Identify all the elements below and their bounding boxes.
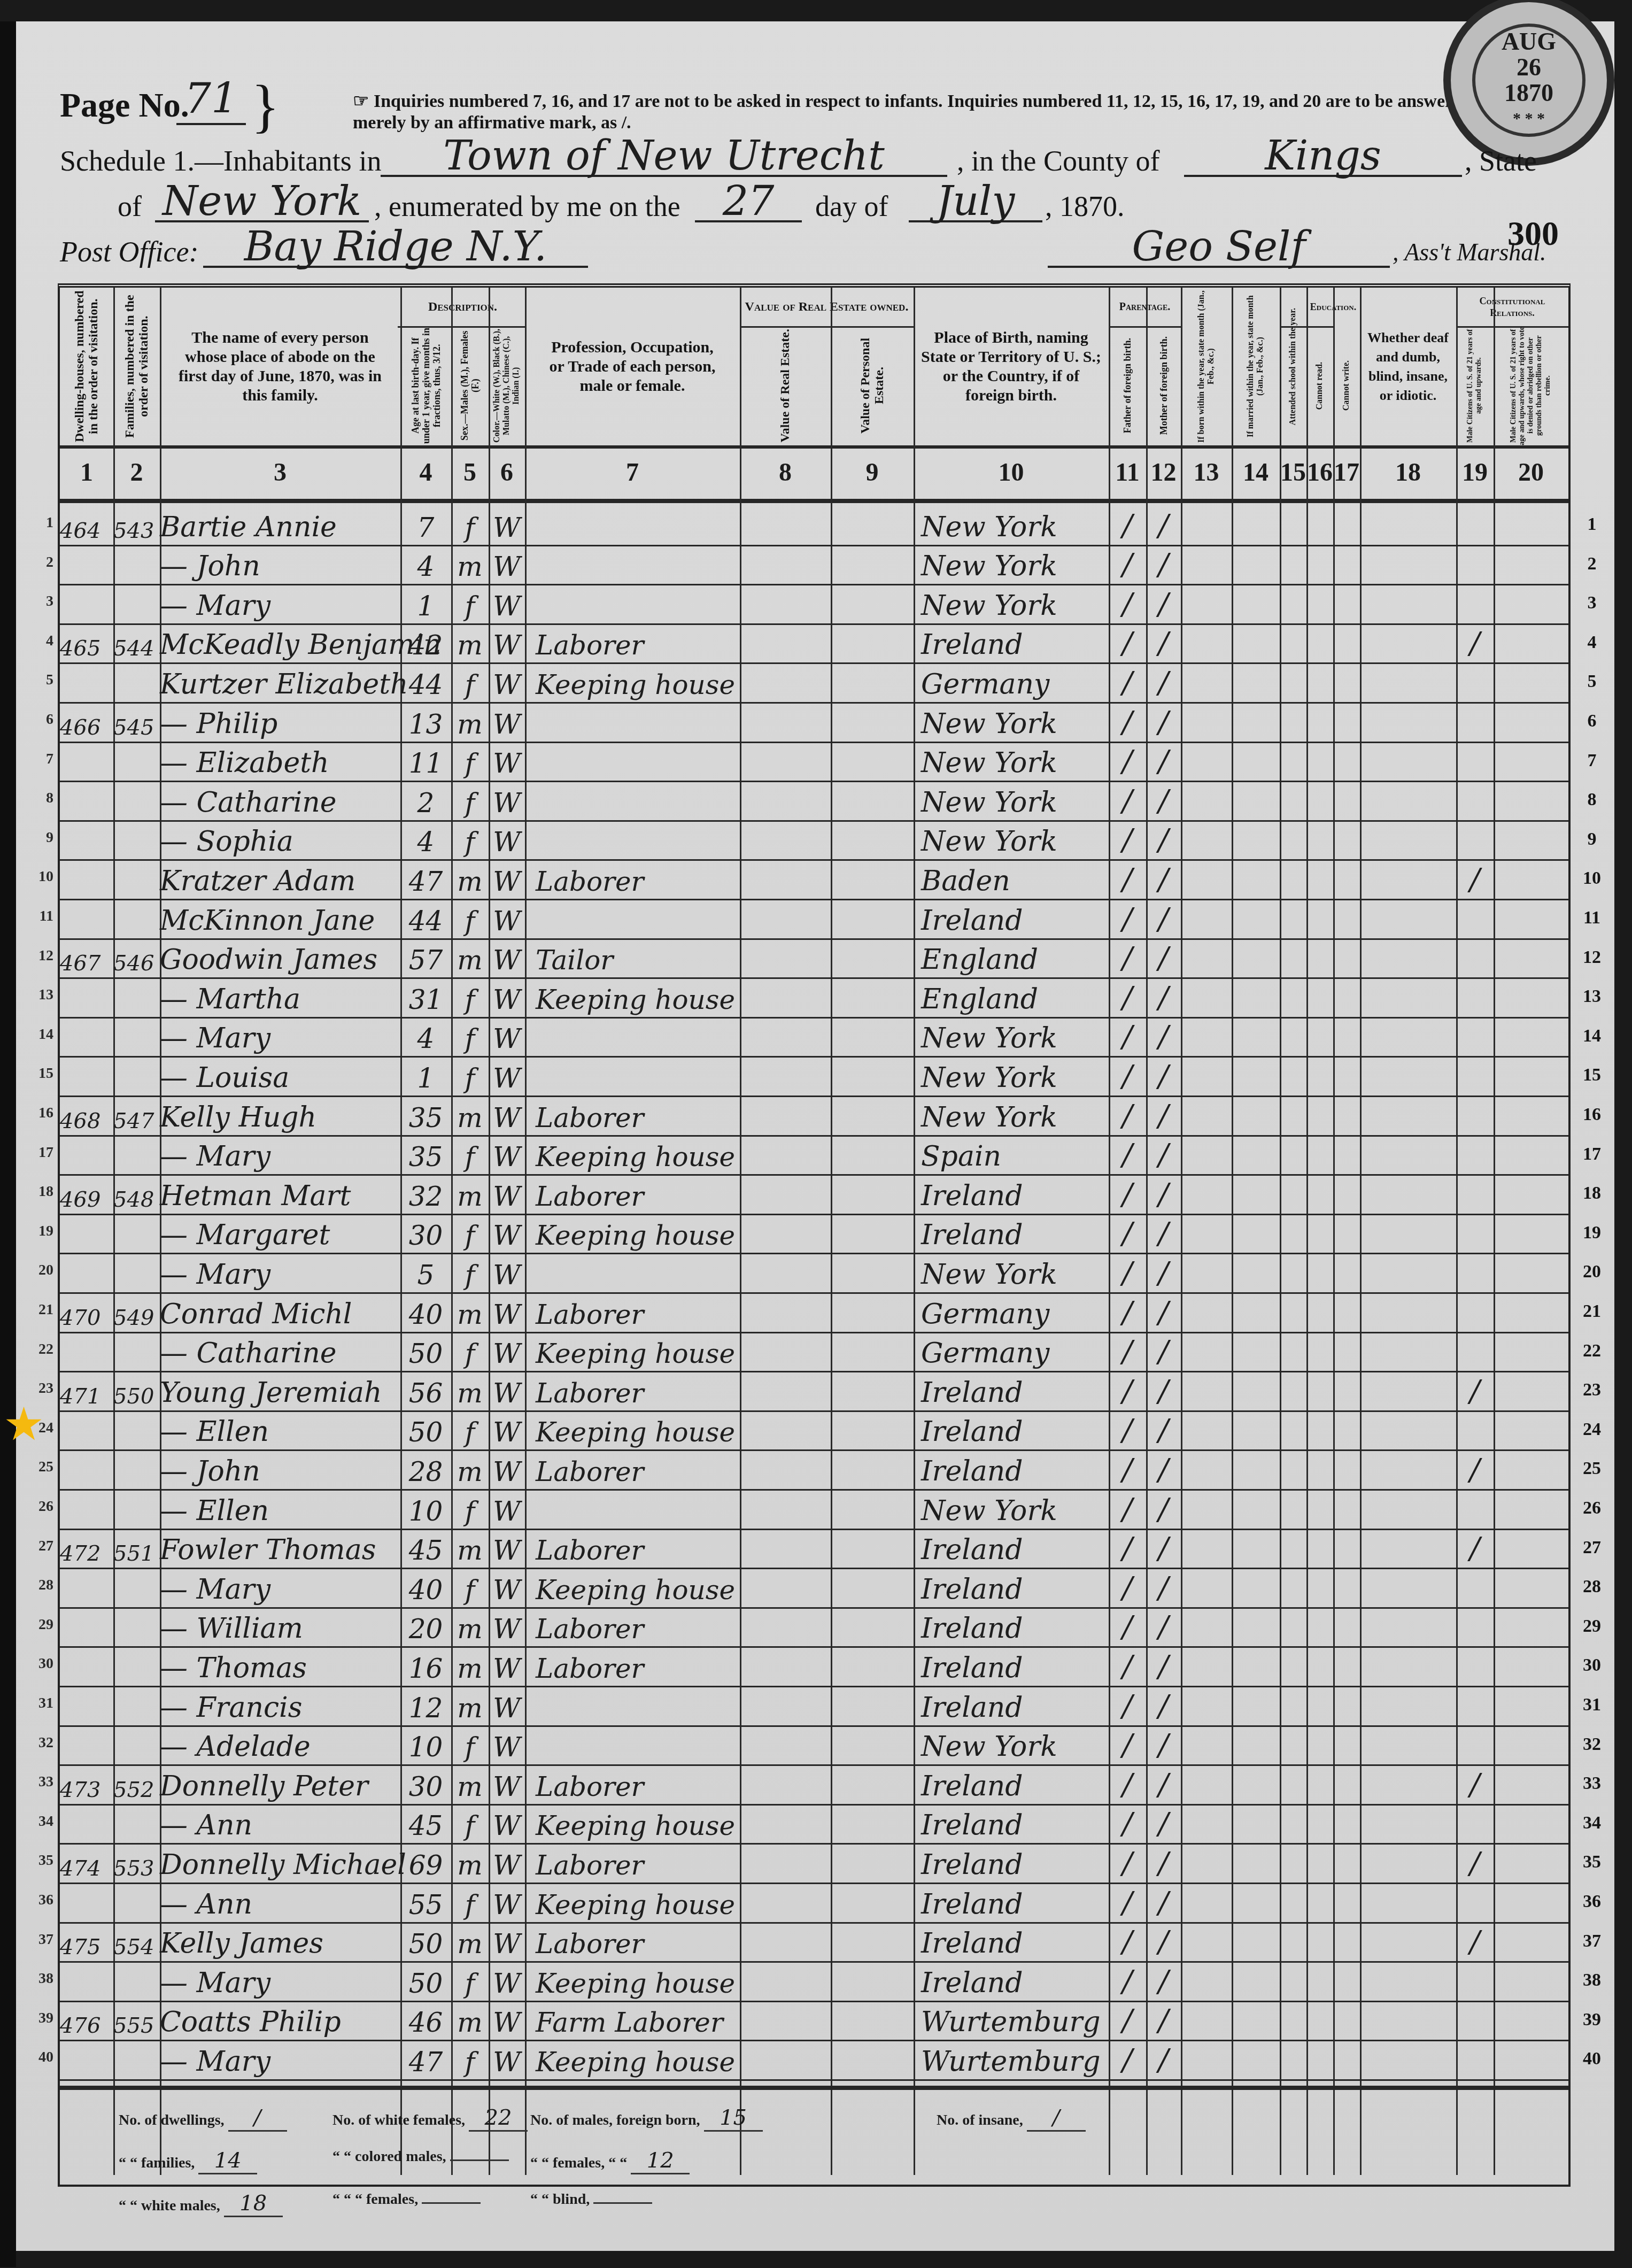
cell-name: Donnelly Michael bbox=[160, 1845, 400, 1884]
cell-sex: f bbox=[451, 664, 489, 704]
cell-citizen bbox=[1456, 1569, 1494, 1609]
cell-birthplace: New York bbox=[914, 1727, 1109, 1766]
cell-sex: m bbox=[451, 1530, 489, 1570]
cell-family bbox=[113, 1569, 160, 1609]
line-number-right: 17 bbox=[1571, 1144, 1613, 1164]
cell-birthplace: Germany bbox=[914, 664, 1109, 704]
cell-mother-foreign: / bbox=[1146, 979, 1181, 1019]
cell-color: W bbox=[489, 664, 525, 704]
cell-citizen: / bbox=[1456, 1845, 1494, 1884]
cell-citizen bbox=[1456, 743, 1494, 783]
cell-age: 28 bbox=[400, 1451, 451, 1491]
cell-birthplace: Spain bbox=[914, 1137, 1109, 1176]
cell-name: — Margaret bbox=[160, 1215, 400, 1255]
table-row: — Catharine50fWKeeping houseGermany// bbox=[60, 1333, 1568, 1373]
line-number-left: 37 bbox=[21, 1931, 53, 1948]
cell-citizen bbox=[1456, 507, 1494, 546]
header-col4: Age at last birth-day. If under 1 year, … bbox=[400, 326, 451, 445]
column-number: 8 bbox=[740, 448, 831, 496]
cell-age: 4 bbox=[400, 1019, 451, 1058]
cell-color: W bbox=[489, 979, 525, 1019]
cell-birthplace: Ireland bbox=[914, 625, 1109, 665]
table-row: — Ellen10fWNew York// bbox=[60, 1491, 1568, 1530]
line-number-right: 40 bbox=[1571, 2049, 1613, 2069]
cell-color: W bbox=[489, 1451, 525, 1491]
table-row: — Mary5fWNew York// bbox=[60, 1254, 1568, 1294]
cell-family bbox=[113, 743, 160, 783]
cell-citizen bbox=[1456, 1294, 1494, 1333]
table-row: 464543Bartie Annie7fWNew York// bbox=[60, 507, 1568, 546]
cell-occupation: Laborer bbox=[525, 1648, 740, 1687]
cell-occupation: Keeping house bbox=[525, 979, 740, 1019]
cell-birthplace: New York bbox=[914, 1254, 1109, 1294]
cell-citizen bbox=[1456, 822, 1494, 861]
cell-name: Fowler Thomas bbox=[160, 1530, 400, 1570]
line-number-right: 30 bbox=[1571, 1655, 1613, 1676]
line-number-right: 26 bbox=[1571, 1498, 1613, 1518]
cell-name: Young Jeremiah bbox=[160, 1372, 400, 1412]
cell-family bbox=[113, 546, 160, 586]
cell-name: Hetman Mart bbox=[160, 1176, 400, 1215]
cell-name: — Martha bbox=[160, 979, 400, 1019]
state-label: , State bbox=[1465, 144, 1537, 178]
table-row: 466545— Philip13mWNew York// bbox=[60, 704, 1568, 743]
cell-father-foreign: / bbox=[1109, 1254, 1146, 1294]
cell-occupation: Keeping house bbox=[525, 1963, 740, 2002]
cell-mother-foreign: / bbox=[1146, 1766, 1181, 1806]
cell-mother-foreign: / bbox=[1146, 1176, 1181, 1215]
cell-age: 46 bbox=[400, 2002, 451, 2042]
cell-name: — John bbox=[160, 1451, 400, 1491]
table-row: — Mary40fWKeeping houseIreland// bbox=[60, 1569, 1568, 1609]
cell-color: W bbox=[489, 1372, 525, 1412]
cell-birthplace: Ireland bbox=[914, 1530, 1109, 1570]
table-row: 468547Kelly Hugh35mWLaborerNew York// bbox=[60, 1097, 1568, 1137]
cell-occupation: Keeping house bbox=[525, 1412, 740, 1452]
cell-father-foreign: / bbox=[1109, 979, 1146, 1019]
cell-sex: m bbox=[451, 1766, 489, 1806]
cell-family bbox=[113, 1687, 160, 1727]
line-number-left: 31 bbox=[21, 1695, 53, 1712]
cell-birthplace: Ireland bbox=[914, 1451, 1109, 1491]
cell-name: — Adelade bbox=[160, 1727, 400, 1766]
line-number-right: 31 bbox=[1571, 1695, 1613, 1715]
cell-color: W bbox=[489, 507, 525, 546]
cell-age: 16 bbox=[400, 1648, 451, 1687]
header-constitutional-group: Constitutional Relations. bbox=[1456, 288, 1568, 326]
cell-family: 549 bbox=[113, 1294, 160, 1333]
cell-color: W bbox=[489, 1215, 525, 1255]
table-row: 474553Donnelly Michael69mWLaborerIreland… bbox=[60, 1845, 1568, 1884]
line-number-left: 7 bbox=[21, 751, 53, 768]
table-row: — Ellen50fWKeeping houseIreland// bbox=[60, 1412, 1568, 1452]
of-label: of bbox=[118, 190, 142, 223]
header-col16: Cannot read. bbox=[1306, 326, 1333, 445]
cell-dwelling: 472 bbox=[60, 1530, 113, 1570]
cell-name: — Sophia bbox=[160, 822, 400, 861]
cell-mother-foreign: / bbox=[1146, 1451, 1181, 1491]
cell-sex: f bbox=[451, 1333, 489, 1373]
cell-color: W bbox=[489, 1766, 525, 1806]
cell-color: W bbox=[489, 861, 525, 900]
line-number-right: 38 bbox=[1571, 1970, 1613, 1991]
header-parentage-group: Parentage. bbox=[1109, 288, 1181, 326]
cell-birthplace: New York bbox=[914, 585, 1109, 625]
cell-father-foreign: / bbox=[1109, 782, 1146, 822]
cell-name: — Mary bbox=[160, 1569, 400, 1609]
line-number-left: 28 bbox=[21, 1577, 53, 1594]
header-col20: Male Citizens of U. S. of 21 years of ag… bbox=[1494, 326, 1568, 445]
page-number-value: 71 bbox=[176, 75, 246, 125]
cell-occupation: Laborer bbox=[525, 1451, 740, 1491]
cell-name: — Francis bbox=[160, 1687, 400, 1727]
cell-citizen: / bbox=[1456, 861, 1494, 900]
cell-mother-foreign: / bbox=[1146, 1333, 1181, 1373]
cell-family: 555 bbox=[113, 2002, 160, 2042]
star-icon[interactable]: ★ bbox=[3, 1403, 46, 1446]
cell-citizen bbox=[1456, 979, 1494, 1019]
cell-age: 7 bbox=[400, 507, 451, 546]
cell-citizen bbox=[1456, 1648, 1494, 1687]
cell-dwelling bbox=[60, 1963, 113, 2002]
cell-birthplace: Ireland bbox=[914, 1963, 1109, 2002]
line-number-left: 14 bbox=[21, 1026, 53, 1043]
cell-birthplace: England bbox=[914, 940, 1109, 979]
enumerated-label: , enumerated by me on the bbox=[374, 190, 680, 223]
cell-color: W bbox=[489, 1845, 525, 1884]
cell-father-foreign: / bbox=[1109, 1648, 1146, 1687]
cell-dwelling bbox=[60, 1569, 113, 1609]
cell-occupation: Keeping house bbox=[525, 664, 740, 704]
line-number-left: 3 bbox=[21, 593, 53, 610]
cell-citizen: / bbox=[1456, 1924, 1494, 1963]
table-row: — John4mWNew York// bbox=[60, 546, 1568, 586]
cell-name: — Louisa bbox=[160, 1058, 400, 1097]
cell-father-foreign: / bbox=[1109, 1333, 1146, 1373]
line-number-left: 16 bbox=[21, 1105, 53, 1122]
column-number: 11 bbox=[1109, 448, 1146, 496]
column-number: 12 bbox=[1146, 448, 1181, 496]
summary-white-males: “ “ white males, 18 bbox=[119, 2191, 283, 2217]
header-col19: Male Citizens of U. S. of 21 years of ag… bbox=[1456, 326, 1494, 445]
cell-family bbox=[113, 664, 160, 704]
line-number-right: 29 bbox=[1571, 1616, 1613, 1637]
cell-citizen: / bbox=[1456, 1530, 1494, 1570]
cell-birthplace: Ireland bbox=[914, 1176, 1109, 1215]
cell-father-foreign: / bbox=[1109, 1845, 1146, 1884]
stamp-month: AUG bbox=[1502, 29, 1556, 55]
census-table: Dwelling-houses, numbered in the order o… bbox=[58, 283, 1571, 2187]
cell-family: 548 bbox=[113, 1176, 160, 1215]
cell-color: W bbox=[489, 546, 525, 586]
cell-dwelling: 475 bbox=[60, 1924, 113, 1963]
column-number: 19 bbox=[1456, 448, 1494, 496]
cell-color: W bbox=[489, 940, 525, 979]
table-row: — Adelade10fWNew York// bbox=[60, 1727, 1568, 1766]
cell-age: 11 bbox=[400, 743, 451, 783]
cell-dwelling bbox=[60, 743, 113, 783]
cell-name: Conrad Michl bbox=[160, 1294, 400, 1333]
cell-age: 50 bbox=[400, 1924, 451, 1963]
stamp-center: AUG 26 1870 * * * bbox=[1472, 24, 1585, 137]
cell-sex: m bbox=[451, 625, 489, 665]
column-number: 4 bbox=[400, 448, 451, 496]
stamp-stars-icon: * * * bbox=[1513, 106, 1545, 132]
line-number-right: 8 bbox=[1571, 790, 1613, 810]
line-number-left: 32 bbox=[21, 1734, 53, 1752]
header-col3: The name of every person whose place of … bbox=[160, 288, 400, 445]
line-number-right: 33 bbox=[1571, 1773, 1613, 1794]
cell-birthplace: Ireland bbox=[914, 1372, 1109, 1412]
cell-citizen bbox=[1456, 940, 1494, 979]
county-label: , in the County of bbox=[957, 144, 1159, 178]
header-col2: Families, numbered in the order of visit… bbox=[113, 288, 160, 445]
cell-mother-foreign: / bbox=[1146, 1254, 1181, 1294]
cell-birthplace: Ireland bbox=[914, 1766, 1109, 1806]
cell-dwelling: 466 bbox=[60, 704, 113, 743]
header-col11: Father of foreign birth. bbox=[1109, 326, 1146, 445]
cell-age: 30 bbox=[400, 1215, 451, 1255]
line-number-right: 16 bbox=[1571, 1105, 1613, 1125]
table-row: 470549Conrad Michl40mWLaborerGermany// bbox=[60, 1294, 1568, 1333]
cell-father-foreign: / bbox=[1109, 546, 1146, 586]
cell-mother-foreign: / bbox=[1146, 1372, 1181, 1412]
month-field: July bbox=[909, 182, 1042, 222]
table-row: — Margaret30fWKeeping houseIreland// bbox=[60, 1215, 1568, 1255]
cell-age: 10 bbox=[400, 1491, 451, 1530]
cell-mother-foreign: / bbox=[1146, 1806, 1181, 1845]
cell-family bbox=[113, 1333, 160, 1373]
cell-occupation: Laborer bbox=[525, 1530, 740, 1570]
cell-color: W bbox=[489, 585, 525, 625]
cell-name: — Ann bbox=[160, 1806, 400, 1845]
cell-dwelling: 476 bbox=[60, 2002, 113, 2042]
post-office-field: Bay Ridge N.Y. bbox=[203, 227, 588, 268]
cell-occupation: Keeping house bbox=[525, 1215, 740, 1255]
cell-birthplace: New York bbox=[914, 1019, 1109, 1058]
cell-name: — Mary bbox=[160, 1963, 400, 2002]
line-number-left: 17 bbox=[21, 1144, 53, 1161]
cell-dwelling bbox=[60, 822, 113, 861]
cell-name: — Philip bbox=[160, 704, 400, 743]
cell-birthplace: Ireland bbox=[914, 1215, 1109, 1255]
cell-family: 546 bbox=[113, 940, 160, 979]
cell-name: Kelly James bbox=[160, 1924, 400, 1963]
cell-mother-foreign: / bbox=[1146, 1884, 1181, 1924]
microfilm-binding-edge bbox=[0, 21, 16, 2267]
cell-occupation bbox=[525, 1254, 740, 1294]
cell-color: W bbox=[489, 1254, 525, 1294]
cell-birthplace: Ireland bbox=[914, 1845, 1109, 1884]
cell-father-foreign: / bbox=[1109, 1569, 1146, 1609]
row-divider bbox=[60, 2079, 1568, 2081]
cell-occupation: Laborer bbox=[525, 625, 740, 665]
cell-citizen bbox=[1456, 1137, 1494, 1176]
cell-mother-foreign: / bbox=[1146, 1412, 1181, 1452]
line-number-right: 35 bbox=[1571, 1852, 1613, 1872]
cell-sex: m bbox=[451, 1451, 489, 1491]
cell-mother-foreign: / bbox=[1146, 704, 1181, 743]
cell-name: — Mary bbox=[160, 1254, 400, 1294]
line-number-right: 5 bbox=[1571, 672, 1613, 692]
cell-occupation: Keeping house bbox=[525, 1137, 740, 1176]
line-number-left: 27 bbox=[21, 1538, 53, 1555]
cell-dwelling bbox=[60, 664, 113, 704]
cell-age: 40 bbox=[400, 1294, 451, 1333]
cell-father-foreign: / bbox=[1109, 1491, 1146, 1530]
cell-name: — Mary bbox=[160, 1019, 400, 1058]
line-number-right: 6 bbox=[1571, 711, 1613, 731]
cell-citizen bbox=[1456, 2041, 1494, 2081]
cell-mother-foreign: / bbox=[1146, 1019, 1181, 1058]
stamp-day: 26 bbox=[1517, 55, 1541, 80]
cell-color: W bbox=[489, 1333, 525, 1373]
cell-dwelling bbox=[60, 585, 113, 625]
line-number-right: 18 bbox=[1571, 1183, 1613, 1204]
cell-sex: f bbox=[451, 900, 489, 940]
cell-mother-foreign: / bbox=[1146, 900, 1181, 940]
cell-mother-foreign: / bbox=[1146, 585, 1181, 625]
cell-father-foreign: / bbox=[1109, 1963, 1146, 2002]
cell-citizen: / bbox=[1456, 625, 1494, 665]
header-col10: Place of Birth, naming State or Territor… bbox=[914, 288, 1109, 445]
line-number-left: 34 bbox=[21, 1813, 53, 1830]
cell-father-foreign: / bbox=[1109, 1058, 1146, 1097]
cell-dwelling bbox=[60, 1491, 113, 1530]
schedule-label: Schedule 1.—Inhabitants in bbox=[60, 144, 381, 178]
column-number: 5 bbox=[451, 448, 489, 496]
cell-occupation: Keeping house bbox=[525, 1333, 740, 1373]
line-number-right: 32 bbox=[1571, 1734, 1613, 1755]
cell-occupation bbox=[525, 782, 740, 822]
cell-birthplace: New York bbox=[914, 782, 1109, 822]
column-number: 1 bbox=[60, 448, 113, 496]
cell-color: W bbox=[489, 1137, 525, 1176]
cell-sex: f bbox=[451, 979, 489, 1019]
line-number-left: 5 bbox=[21, 672, 53, 689]
cell-sex: f bbox=[451, 1019, 489, 1058]
cell-dwelling: 470 bbox=[60, 1294, 113, 1333]
cell-birthplace: Germany bbox=[914, 1333, 1109, 1373]
table-row: — Sophia4fWNew York// bbox=[60, 822, 1568, 861]
column-number: 15 bbox=[1280, 448, 1306, 496]
cell-sex: m bbox=[451, 1372, 489, 1412]
line-number-left: 21 bbox=[21, 1301, 53, 1318]
cell-name: — Thomas bbox=[160, 1648, 400, 1687]
cell-birthplace: New York bbox=[914, 1097, 1109, 1137]
cell-citizen bbox=[1456, 664, 1494, 704]
cell-sex: f bbox=[451, 1569, 489, 1609]
cell-color: W bbox=[489, 1806, 525, 1845]
date-stamp: AUG 26 1870 * * * bbox=[1443, 0, 1614, 166]
line-number-left: 8 bbox=[21, 790, 53, 807]
cell-citizen bbox=[1456, 1687, 1494, 1727]
header-col6: Color.—White (W.), Black (B.), Mulatto (… bbox=[489, 326, 525, 445]
cell-father-foreign: / bbox=[1109, 822, 1146, 861]
header-col5: Sex.—Males (M.), Females (F.) bbox=[451, 326, 489, 445]
cell-father-foreign: / bbox=[1109, 1412, 1146, 1452]
cell-family bbox=[113, 1491, 160, 1530]
cell-sex: m bbox=[451, 1648, 489, 1687]
cell-birthplace: Ireland bbox=[914, 900, 1109, 940]
cell-citizen bbox=[1456, 1019, 1494, 1058]
cell-sex: m bbox=[451, 1097, 489, 1137]
cell-citizen bbox=[1456, 1884, 1494, 1924]
summary-white-females: No. of white females, 22 bbox=[332, 2105, 528, 2132]
cell-sex: m bbox=[451, 1845, 489, 1884]
cell-family bbox=[113, 782, 160, 822]
cell-color: W bbox=[489, 1924, 525, 1963]
cell-mother-foreign: / bbox=[1146, 1491, 1181, 1530]
cell-color: W bbox=[489, 1609, 525, 1648]
cell-father-foreign: / bbox=[1109, 1294, 1146, 1333]
stamped-page-number: 300 bbox=[1507, 214, 1559, 253]
cell-name: Kurtzer Elizabeth bbox=[160, 664, 400, 704]
cell-name: Kratzer Adam bbox=[160, 861, 400, 900]
line-number-left: 19 bbox=[21, 1223, 53, 1240]
cell-birthplace: New York bbox=[914, 546, 1109, 586]
cell-age: 35 bbox=[400, 1137, 451, 1176]
cell-dwelling bbox=[60, 979, 113, 1019]
cell-occupation: Laborer bbox=[525, 1609, 740, 1648]
cell-occupation bbox=[525, 585, 740, 625]
cell-dwelling bbox=[60, 900, 113, 940]
cell-father-foreign: / bbox=[1109, 1806, 1146, 1845]
summary-males-foreign: No. of males, foreign born, 15 bbox=[530, 2105, 763, 2132]
summary-families: “ “ families, 14 bbox=[119, 2148, 257, 2174]
cell-color: W bbox=[489, 1569, 525, 1609]
cell-father-foreign: / bbox=[1109, 1530, 1146, 1570]
header-col17: Cannot write. bbox=[1333, 326, 1360, 445]
cell-age: 32 bbox=[400, 1176, 451, 1215]
cell-name: McKeadly Benjamin bbox=[160, 625, 400, 665]
cell-age: 31 bbox=[400, 979, 451, 1019]
place-field: Town of New Utrecht bbox=[381, 136, 947, 177]
cell-age: 47 bbox=[400, 861, 451, 900]
cell-mother-foreign: / bbox=[1146, 1727, 1181, 1766]
cell-age: 44 bbox=[400, 900, 451, 940]
cell-birthplace: Wurtemburg bbox=[914, 2002, 1109, 2042]
cell-occupation bbox=[525, 1019, 740, 1058]
line-number-left: 33 bbox=[21, 1773, 53, 1791]
cell-father-foreign: / bbox=[1109, 2041, 1146, 2081]
cell-sex: f bbox=[451, 1491, 489, 1530]
cell-sex: m bbox=[451, 1294, 489, 1333]
line-number-right: 23 bbox=[1571, 1380, 1613, 1400]
cell-occupation: Keeping house bbox=[525, 2041, 740, 2081]
cell-dwelling bbox=[60, 1687, 113, 1727]
cell-birthplace: Ireland bbox=[914, 1687, 1109, 1727]
column-number: 17 bbox=[1333, 448, 1360, 496]
line-number-right: 21 bbox=[1571, 1301, 1613, 1322]
cell-father-foreign: / bbox=[1109, 1924, 1146, 1963]
cell-dwelling: 469 bbox=[60, 1176, 113, 1215]
line-number-left: 15 bbox=[21, 1065, 53, 1082]
line-number-right: 37 bbox=[1571, 1931, 1613, 1951]
cell-occupation: Keeping house bbox=[525, 1569, 740, 1609]
cell-family bbox=[113, 1806, 160, 1845]
cell-citizen bbox=[1456, 1609, 1494, 1648]
cell-dwelling bbox=[60, 861, 113, 900]
table-row: — Ann55fWKeeping houseIreland// bbox=[60, 1884, 1568, 1924]
cell-color: W bbox=[489, 625, 525, 665]
cell-occupation bbox=[525, 1687, 740, 1727]
cell-family bbox=[113, 585, 160, 625]
cell-father-foreign: / bbox=[1109, 1097, 1146, 1137]
line-number-left: 11 bbox=[21, 908, 53, 925]
column-number: 18 bbox=[1360, 448, 1456, 496]
cell-father-foreign: / bbox=[1109, 1451, 1146, 1491]
